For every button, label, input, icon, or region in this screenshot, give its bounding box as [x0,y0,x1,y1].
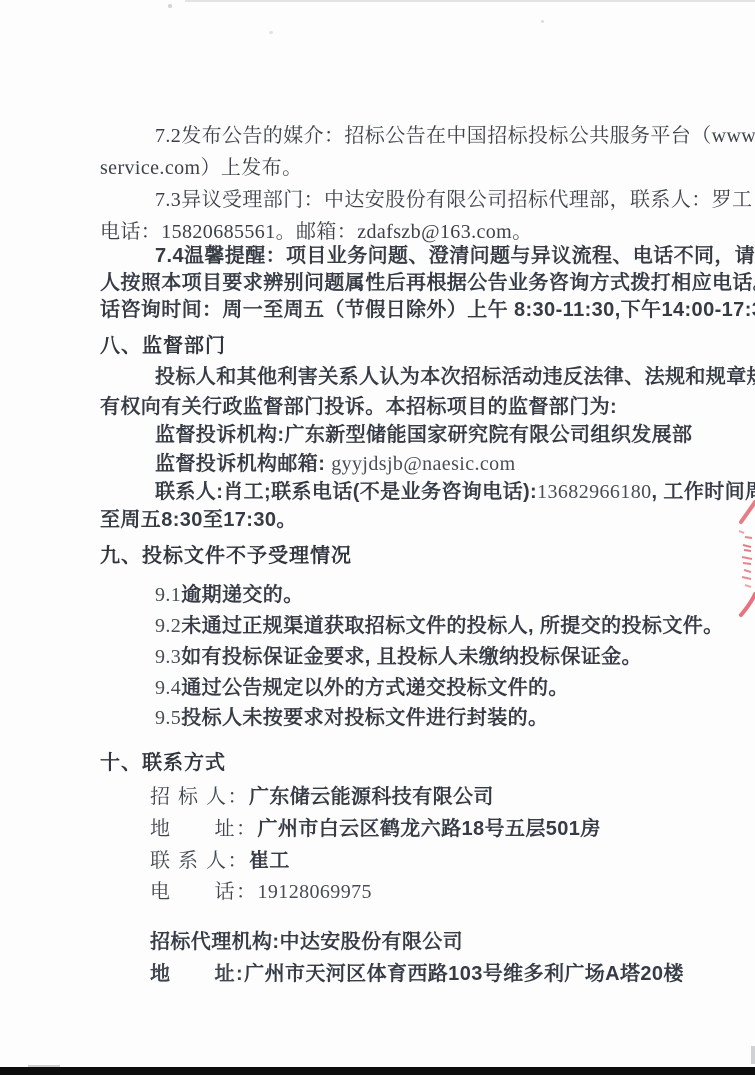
sec9-item-4: 9.4通过公告规定以外的方式递交投标文件的。 [155,677,569,700]
address-label: 地 址： [150,818,258,840]
item-number: 9.2 [155,615,181,637]
contact-phone: 13682966180 [537,481,651,503]
scan-speck [168,4,172,8]
section-9-heading: 九、投标文件不予受理情况 [100,545,352,568]
item-text: 逾期递交的。 [181,584,303,606]
sec9-item-1: 9.1逾期递交的。 [155,584,304,607]
item-number: 9.1 [155,584,181,606]
item-number: 9.3 [155,646,181,668]
phone-row: 电 话：19128069975 [150,881,372,904]
sec8-supervision-org: 监督投诉机构:广东新型储能国家研究院有限公司组织发展部 [155,424,692,447]
phone-label: 电 话： [150,881,258,903]
address-row: 地 址：广州市白云区鹤龙六路18号五层501房 [150,818,601,841]
para-7-3-line1: 7.3异议受理部门：中达安股份有限公司招标代理部，联系人：罗工；联系 [155,189,755,212]
sec8-line1: 投标人和其他利害关系人认为本次招标活动违反法律、法规和规章规定的, [155,366,755,389]
agency-value: 中达安股份有限公司 [279,931,463,953]
tenderer-row: 招 标 人：广东储云能源科技有限公司 [150,786,494,809]
scan-smudge-right [751,1046,755,1064]
section-8-heading: 八、监督部门 [100,335,226,358]
sec8-line2: 有权向有关行政监督部门投诉。本招标项目的监督部门为: [100,396,617,419]
agency-label: 招标代理机构: [150,931,279,953]
agency-address-row: 地 址:广州市天河区体育西路103号维多利广场A塔20楼 [150,963,684,986]
item-text: 未通过正规渠道获取招标文件的投标人, 所提交的投标文件。 [181,615,723,637]
contact-row: 联 系 人：崔工 [150,850,290,873]
para-7-4-line3: 话咨询时间：周一至周五（节假日除外）上午 8:30-11:30,下午14:00-… [100,299,755,322]
item-text: 投标人未按要求对投标文件进行封装的。 [181,707,548,729]
red-stamp-fragment [733,495,755,630]
sec8-hours-line: 至周五8:30至17:30。 [100,509,297,532]
sec8-contact-line: 联系人:肖工;联系电话(不是业务咨询电话):13682966180, 工作时间周… [155,481,755,504]
item-number: 9.5 [155,707,181,729]
phone-value: 19128069975 [258,881,372,903]
agency-address-value: 广州市天河区体育西路103号维多利广场A塔20楼 [244,963,684,985]
contact-person-value: 崔工 [249,850,290,872]
contact-person-label: 联 系 人： [150,850,249,872]
para-7-3-line2: 电话：15820685561。邮箱：zdafszb@163.com。 [100,221,533,244]
scan-speck [269,31,273,34]
para-7-4-line1: 7.4温馨提醒：项目业务问题、澄清问题与异议流程、电话不同，请各投标 [155,245,755,268]
sec9-item-3: 9.3如有投标保证金要求, 且投标人未缴纳投标保证金。 [155,646,642,669]
para-7-2-line2: service.com）上发布。 [100,157,302,180]
email-value: gyyjdsjb@naesic.com [331,453,515,475]
email-label: 监督投诉机构邮箱: [155,453,331,475]
scanned-document-page: 7.2发布公告的媒介：招标公告在中国招标投标公共服务平台（www.cebpub … [0,0,755,1075]
item-text: 如有投标保证金要求, 且投标人未缴纳投标保证金。 [181,646,642,668]
scan-edge-top [185,0,755,2]
tenderer-value: 广东储云能源科技有限公司 [249,786,494,808]
sec9-item-5: 9.5投标人未按要求对投标文件进行封装的。 [155,707,548,730]
agency-address-label: 地 址: [150,963,244,985]
agency-row: 招标代理机构:中达安股份有限公司 [150,931,463,954]
section-10-heading: 十、联系方式 [100,752,226,775]
para-7-4-line2: 人按照本项目要求辨别问题属性后再根据公告业务咨询方式拨打相应电话。电 [100,272,755,295]
sec8-supervision-email: 监督投诉机构邮箱: gyyjdsjb@naesic.com [155,453,516,476]
item-text: 通过公告规定以外的方式递交投标文件的。 [181,677,569,699]
scan-edge-bottom [0,1067,755,1075]
sec9-item-2: 9.2未通过正规渠道获取招标文件的投标人, 所提交的投标文件。 [155,615,724,638]
address-value: 广州市白云区鹤龙六路18号五层501房 [258,818,601,840]
contact-label: 联系人:肖工;联系电话(不是业务咨询电话): [155,481,537,503]
tenderer-label: 招 标 人： [150,786,249,808]
scan-speck [541,20,544,23]
para-7-2-line1: 7.2发布公告的媒介：招标公告在中国招标投标公共服务平台（www.cebpub [155,125,755,148]
item-number: 9.4 [155,677,181,699]
